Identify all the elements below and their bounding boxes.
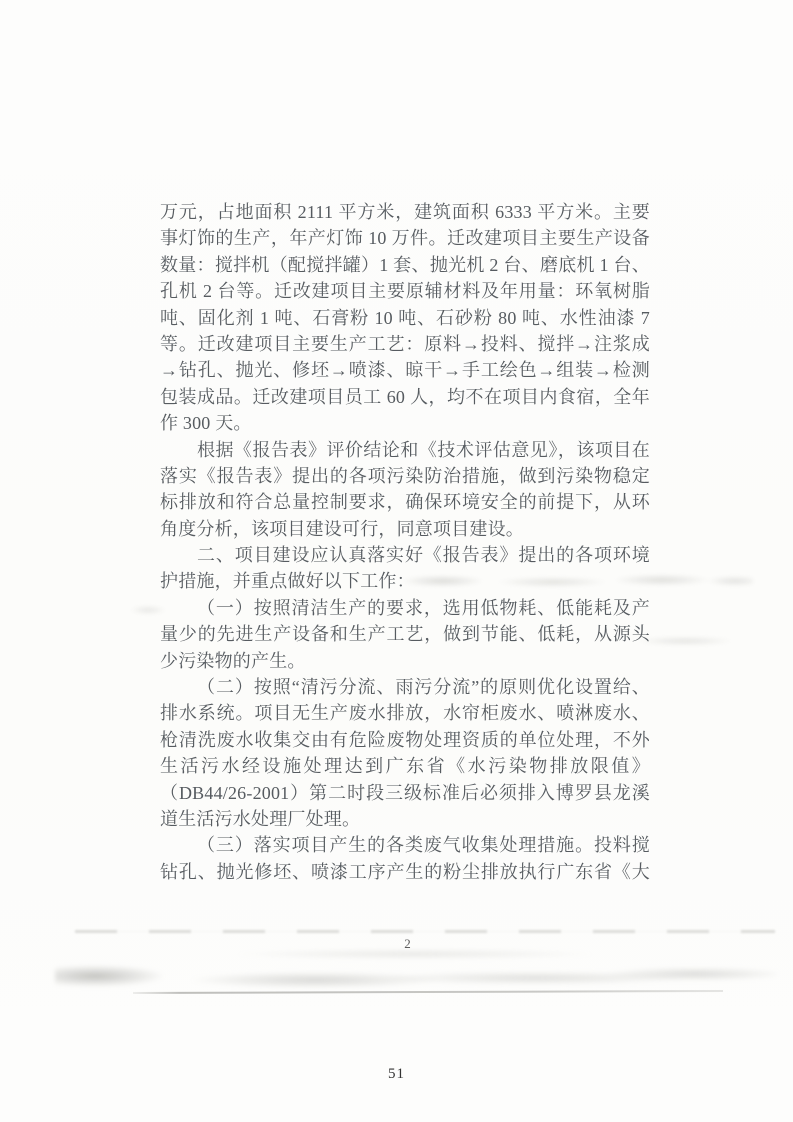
scan-streak bbox=[75, 930, 775, 933]
document-line: 包装成品。迁改建项目员工 60 人，均不在项目内食宿，全年工 bbox=[160, 384, 650, 410]
document-line: 孔机 2 台等。迁改建项目主要原辅材料及年用量：环氧树脂 10 bbox=[160, 278, 650, 304]
document-line: （二）按照“清污分流、雨污分流”的原则优化设置给、 bbox=[160, 674, 650, 700]
document-line: 根据《报告表》评价结论和《技术评估意见》，该项目在 bbox=[160, 437, 650, 463]
document-line: 少污染物的产生。 bbox=[160, 648, 650, 674]
document-line: （DB44/26-2001）第二时段三级标准后必须排入博罗县龙溪街 bbox=[160, 780, 650, 806]
document-line: 万元，占地面积 2111 平方米，建筑面积 6333 平方米。主要从 bbox=[160, 199, 650, 225]
scan-smudge bbox=[118, 603, 178, 617]
document-line: 道生活污水处理厂处理。 bbox=[160, 806, 650, 832]
document-line: 二、项目建设应认真落实好《报告表》提出的各项环境保 bbox=[160, 542, 650, 568]
document-line: （一）按照清洁生产的要求，选用低物耗、低能耗及产污 bbox=[160, 595, 650, 621]
scan-smudge bbox=[388, 571, 753, 591]
document-page-number: 51 bbox=[0, 1066, 793, 1083]
document-line: 吨、固化剂 1 吨、石膏粉 10 吨、石砂粉 80 吨、水性油漆 7 吨 bbox=[160, 305, 650, 331]
document-line: 事灯饰的生产，年产灯饰 10 万件。迁改建项目主要生产设备及 bbox=[160, 225, 650, 251]
document-line: 数量：搅拌机（配搅拌罐）1 套、抛光机 2 台、磨底机 1 台、钻 bbox=[160, 252, 650, 278]
document-line: （三）落实项目产生的各类废气收集处理措施。投料搅拌、 bbox=[160, 832, 650, 858]
document-line: 作 300 天。 bbox=[160, 410, 650, 436]
scanned-document-page: 万元，占地面积 2111 平方米，建筑面积 6333 平方米。主要从事灯饰的生产… bbox=[0, 0, 793, 1122]
scan-smudge bbox=[600, 634, 770, 648]
document-line: 标排放和符合总量控制要求，确保环境安全的前提下，从环保 bbox=[160, 489, 650, 515]
document-line: 枪清洗废水收集交由有危险废物处理资质的单位处理，不外排。 bbox=[160, 727, 650, 753]
scan-bottom-edge-line bbox=[133, 990, 723, 994]
document-line: 等。迁改建项目主要生产工艺：原料→投料、搅拌→注浆成型 bbox=[160, 331, 650, 357]
document-line: 量少的先进生产设备和生产工艺，做到节能、低耗，从源头减 bbox=[160, 621, 650, 647]
document-line: 落实《报告表》提出的各项污染防治措施，做到污染物稳定达 bbox=[160, 463, 650, 489]
document-line: 角度分析，该项目建设可行，同意项目建设。 bbox=[160, 516, 650, 542]
scan-bottom-shadow bbox=[55, 938, 777, 988]
document-line: 钻孔、抛光修坯、喷漆工序产生的粉尘排放执行广东省《大气 bbox=[160, 859, 650, 885]
document-line: →钻孔、抛光、修坯→喷漆、晾干→手工绘色→组装→检测→ bbox=[160, 357, 650, 383]
document-body: 万元，占地面积 2111 平方米，建筑面积 6333 平方米。主要从事灯饰的生产… bbox=[160, 199, 650, 885]
document-line: 生活污水经设施处理达到广东省《水污染物排放限值》 bbox=[160, 753, 650, 779]
document-line: 排水系统。项目无生产废水排放，水帘柜废水、喷淋废水、喷 bbox=[160, 700, 650, 726]
